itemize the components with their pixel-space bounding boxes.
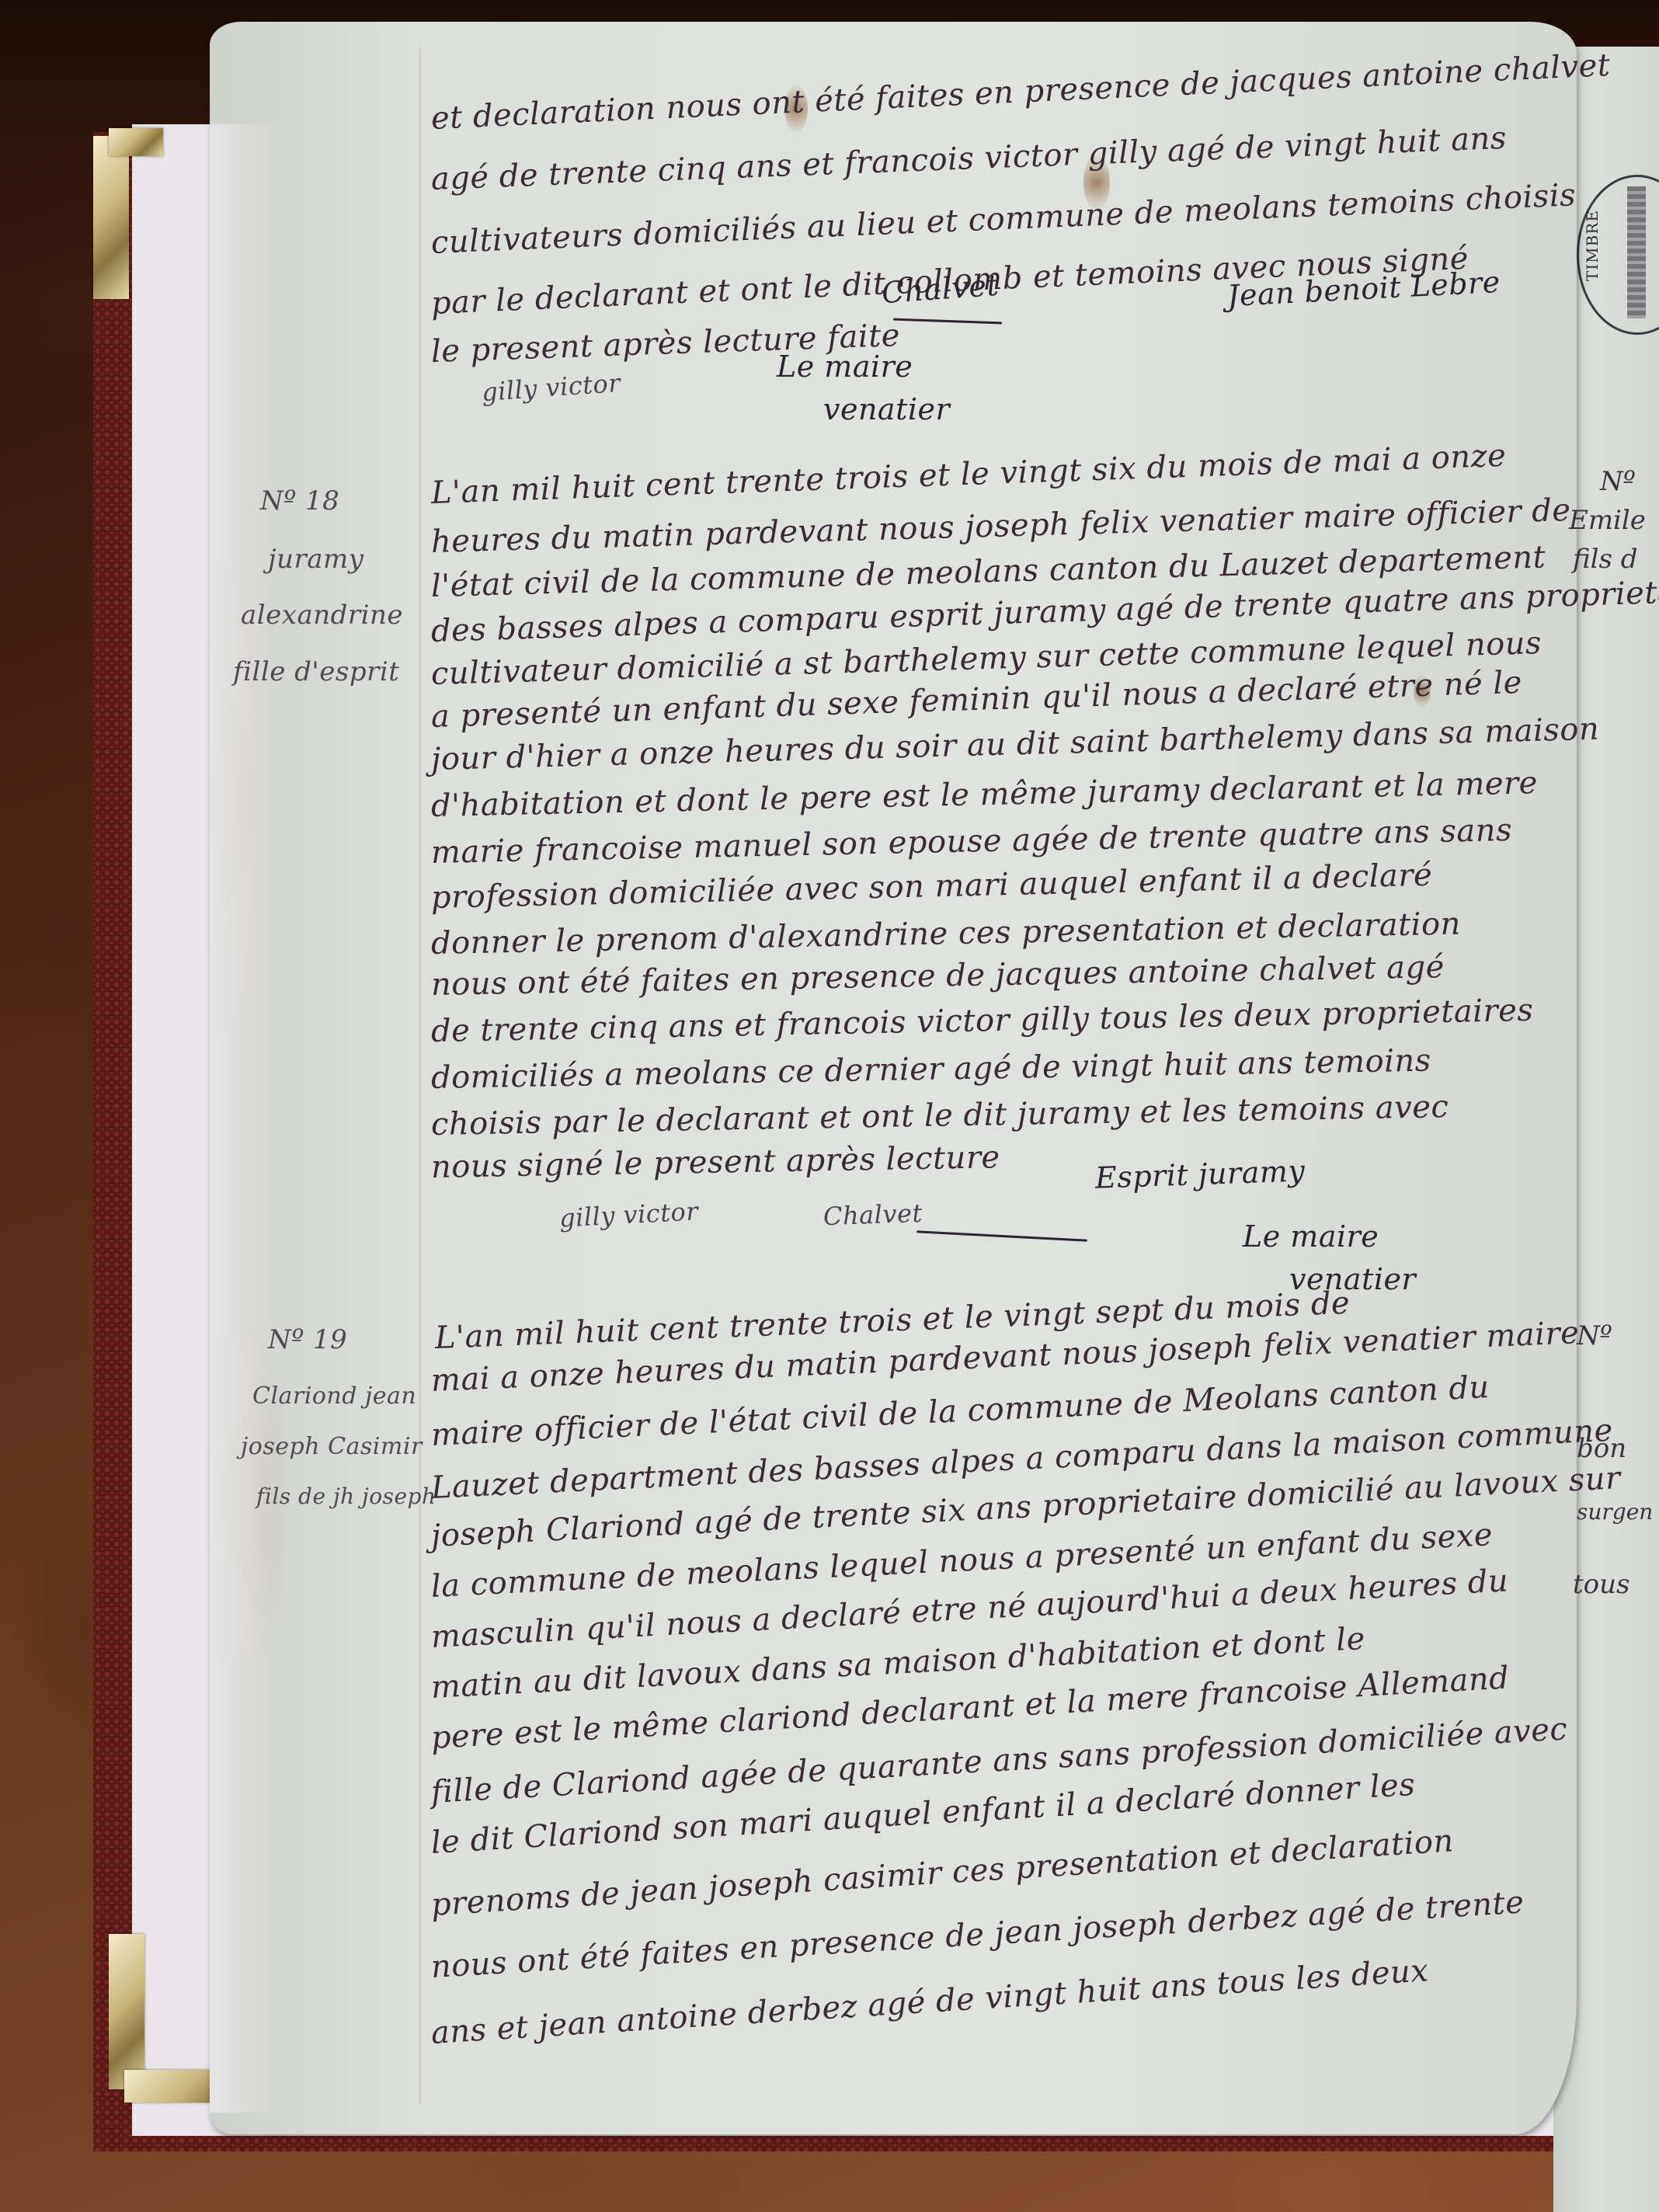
signature-chalvet: Chalvet: [823, 1198, 923, 1231]
margin-surname: Clariond jean: [252, 1382, 416, 1410]
entry-number: Nº 18: [260, 485, 339, 516]
margin-line: [419, 47, 421, 2105]
margin-given-name: joseph Casimir: [241, 1433, 423, 1460]
torn-edge: [210, 124, 280, 2113]
facing-fragment: surgen: [1577, 1499, 1653, 1525]
signature-declarant: Esprit juramy: [1094, 1153, 1306, 1195]
brass-corner-bottom: [109, 1934, 144, 2089]
facing-fragment: Nº: [1577, 1320, 1612, 1351]
facing-fragment: tous: [1573, 1569, 1629, 1600]
brass-corner-top-edge: [109, 128, 163, 156]
stamp-label: TIMBRE: [1583, 210, 1602, 281]
mayor-signature: venatier: [823, 392, 950, 426]
mayor-title: Le maire: [777, 350, 913, 384]
stamp-figure-icon: [1627, 186, 1646, 318]
margin-surname: juramy: [268, 544, 363, 575]
margin-given-name: alexandrine: [241, 600, 403, 631]
brass-corner-top: [93, 136, 129, 299]
mayor-title: Le maire: [1243, 1219, 1379, 1254]
facing-fragment: fils d: [1573, 544, 1638, 575]
facing-fragment: Emile: [1569, 505, 1646, 536]
margin-parent: fille d'esprit: [233, 656, 399, 687]
facing-fragment: Nº: [1600, 466, 1636, 497]
margin-parent: fils de jh joseph: [256, 1483, 436, 1509]
entry-number: Nº 19: [268, 1324, 347, 1355]
